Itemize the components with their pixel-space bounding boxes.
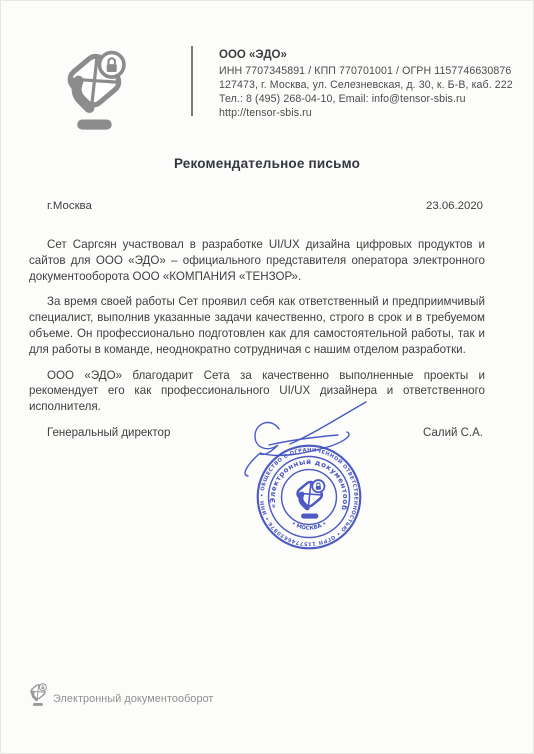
letter-body: Сет Саргсян участвовал в разработке UI/U… — [29, 237, 485, 425]
company-registration-line: ИНН 7707345891 / КПП 770701001 / ОГРН 11… — [219, 64, 519, 78]
recommendation-letter-page: ООО «ЭДО» ИНН 7707345891 / КПП 770701001… — [0, 0, 534, 754]
company-website-line: http://tensor-sbis.ru — [219, 106, 519, 120]
company-address-line: 127473, г. Москва, ул. Селезневская, д. … — [219, 78, 519, 92]
city-date-row: г.Москва 23.06.2020 — [47, 200, 483, 212]
stamp-city-arc-text: • МОСКВА • — [290, 521, 327, 532]
company-details: ООО «ЭДО» ИНН 7707345891 / КПП 770701001… — [219, 49, 519, 120]
letter-paragraph-3: ООО «ЭДО» благодарит Сета за качественно… — [29, 368, 485, 415]
director-role-label: Генеральный директор — [47, 427, 170, 439]
company-round-stamp: • ОБЩЕСТВО С ОГРАНИЧЕННОЙ ОТВЕТСТВЕННОСТ… — [255, 443, 363, 551]
company-contacts-line: Тел.: 8 (495) 268-04-10, Email: info@ten… — [219, 92, 519, 106]
stamp-center-logo-icon — [296, 480, 325, 519]
header-divider — [191, 46, 193, 116]
letter-title: Рекомендательное письмо — [1, 156, 533, 171]
footer-envelope-lock-logo-icon — [27, 681, 48, 708]
edo-envelope-lock-logo-icon — [57, 43, 129, 137]
director-name-label: Салий С.А. — [423, 427, 483, 439]
letter-paragraph-2: За время своей работы Сет проявил себя к… — [29, 294, 485, 357]
letter-paragraph-1: Сет Саргсян участвовал в разработке UI/U… — [29, 237, 485, 284]
letterhead: ООО «ЭДО» ИНН 7707345891 / КПП 770701001… — [1, 41, 533, 141]
footer: Электронный документооборот — [27, 681, 213, 708]
svg-text:• МОСКВА •: • МОСКВА • — [290, 521, 327, 532]
signature-row: Генеральный директор Салий С.А. — [47, 427, 483, 439]
date-label: 23.06.2020 — [426, 200, 483, 212]
city-label: г.Москва — [47, 200, 92, 212]
company-name: ООО «ЭДО» — [219, 49, 519, 61]
footer-label: Электронный документооборот — [53, 693, 213, 708]
